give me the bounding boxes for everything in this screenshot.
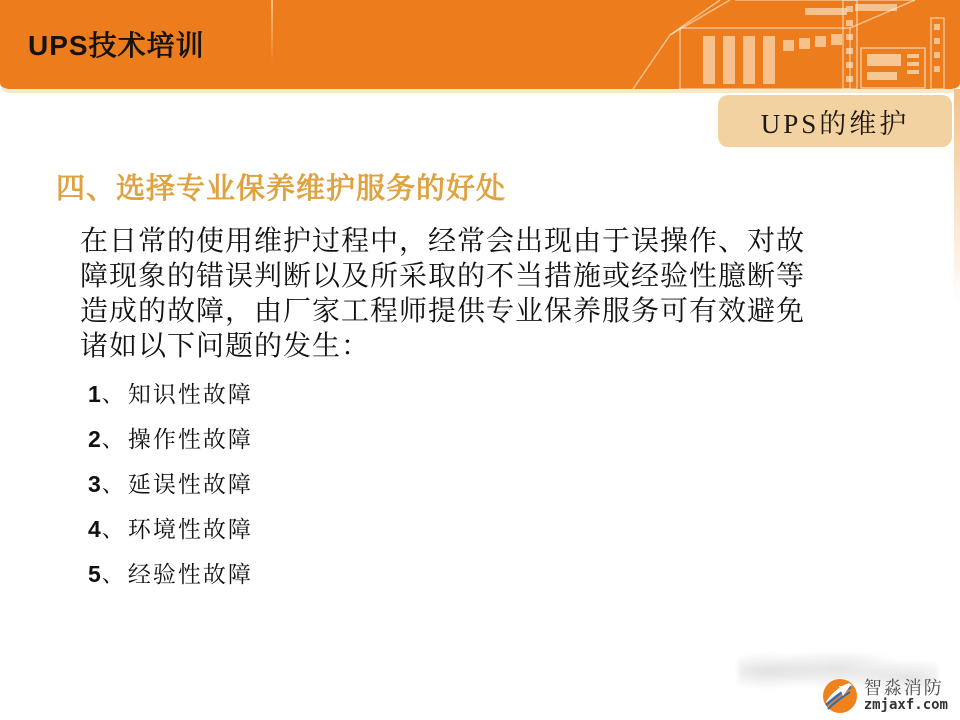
list-item: 3 、 延误性故障: [88, 466, 253, 491]
list-item-number: 1: [88, 381, 101, 408]
list-item-label: 环境性故障: [128, 511, 253, 544]
paragraph-line: 诸如以下问题的发生：: [80, 329, 805, 364]
ups-equipment-line-art-icon: [615, 0, 960, 89]
fault-list: 1 、 知识性故障 2 、 操作性故障 3 、 延误性故障 4 、 环境性故障 …: [88, 376, 253, 601]
section-badge: UPS的维护: [718, 95, 952, 147]
brand-name: 智淼消防: [864, 679, 948, 698]
list-item-label: 操作性故障: [128, 421, 253, 454]
list-item-label: 知识性故障: [128, 376, 253, 409]
slide: UPS技术培训 UPS的维护 四、选择专业保养维护服务的好处 在日常的使用维护过…: [0, 0, 960, 720]
list-item: 1 、 知识性故障: [88, 376, 253, 401]
slide-header-title: UPS技术培训: [28, 24, 205, 64]
list-item-label: 经验性故障: [128, 556, 253, 589]
body-paragraph: 在日常的使用维护过程中，经常会出现由于误操作、对故 障现象的错误判断以及所采取的…: [80, 224, 805, 364]
header-divider-line: [271, 0, 273, 64]
paragraph-line: 障现象的错误判断以及所采取的不当措施或经验性臆断等: [80, 259, 805, 294]
zhimiao-logo-icon: [822, 678, 858, 714]
list-item-separator: 、: [102, 513, 124, 544]
list-item: 5 、 经验性故障: [88, 556, 253, 581]
list-item-separator: 、: [102, 468, 124, 499]
brand-url: zmjaxf.com: [864, 698, 948, 713]
list-item: 2 、 操作性故障: [88, 421, 253, 446]
right-edge-accent: [954, 89, 960, 304]
list-item-separator: 、: [102, 558, 124, 589]
list-item-number: 3: [88, 471, 101, 498]
list-item-label: 延误性故障: [128, 466, 253, 499]
list-item-number: 2: [88, 426, 101, 453]
list-item-separator: 、: [102, 378, 124, 409]
list-item-number: 4: [88, 516, 101, 543]
list-item-number: 5: [88, 561, 101, 588]
list-item-separator: 、: [102, 423, 124, 454]
list-item: 4 、 环境性故障: [88, 511, 253, 536]
paragraph-line: 造成的故障，由厂家工程师提供专业保养服务可有效避免: [80, 294, 805, 329]
watermark-brand: 智淼消防 zmjaxf.com: [822, 678, 948, 714]
brand-text: 智淼消防 zmjaxf.com: [864, 679, 948, 713]
paragraph-line: 在日常的使用维护过程中，经常会出现由于误操作、对故: [80, 224, 805, 259]
slide-heading: 四、选择专业保养维护服务的好处: [56, 166, 506, 207]
